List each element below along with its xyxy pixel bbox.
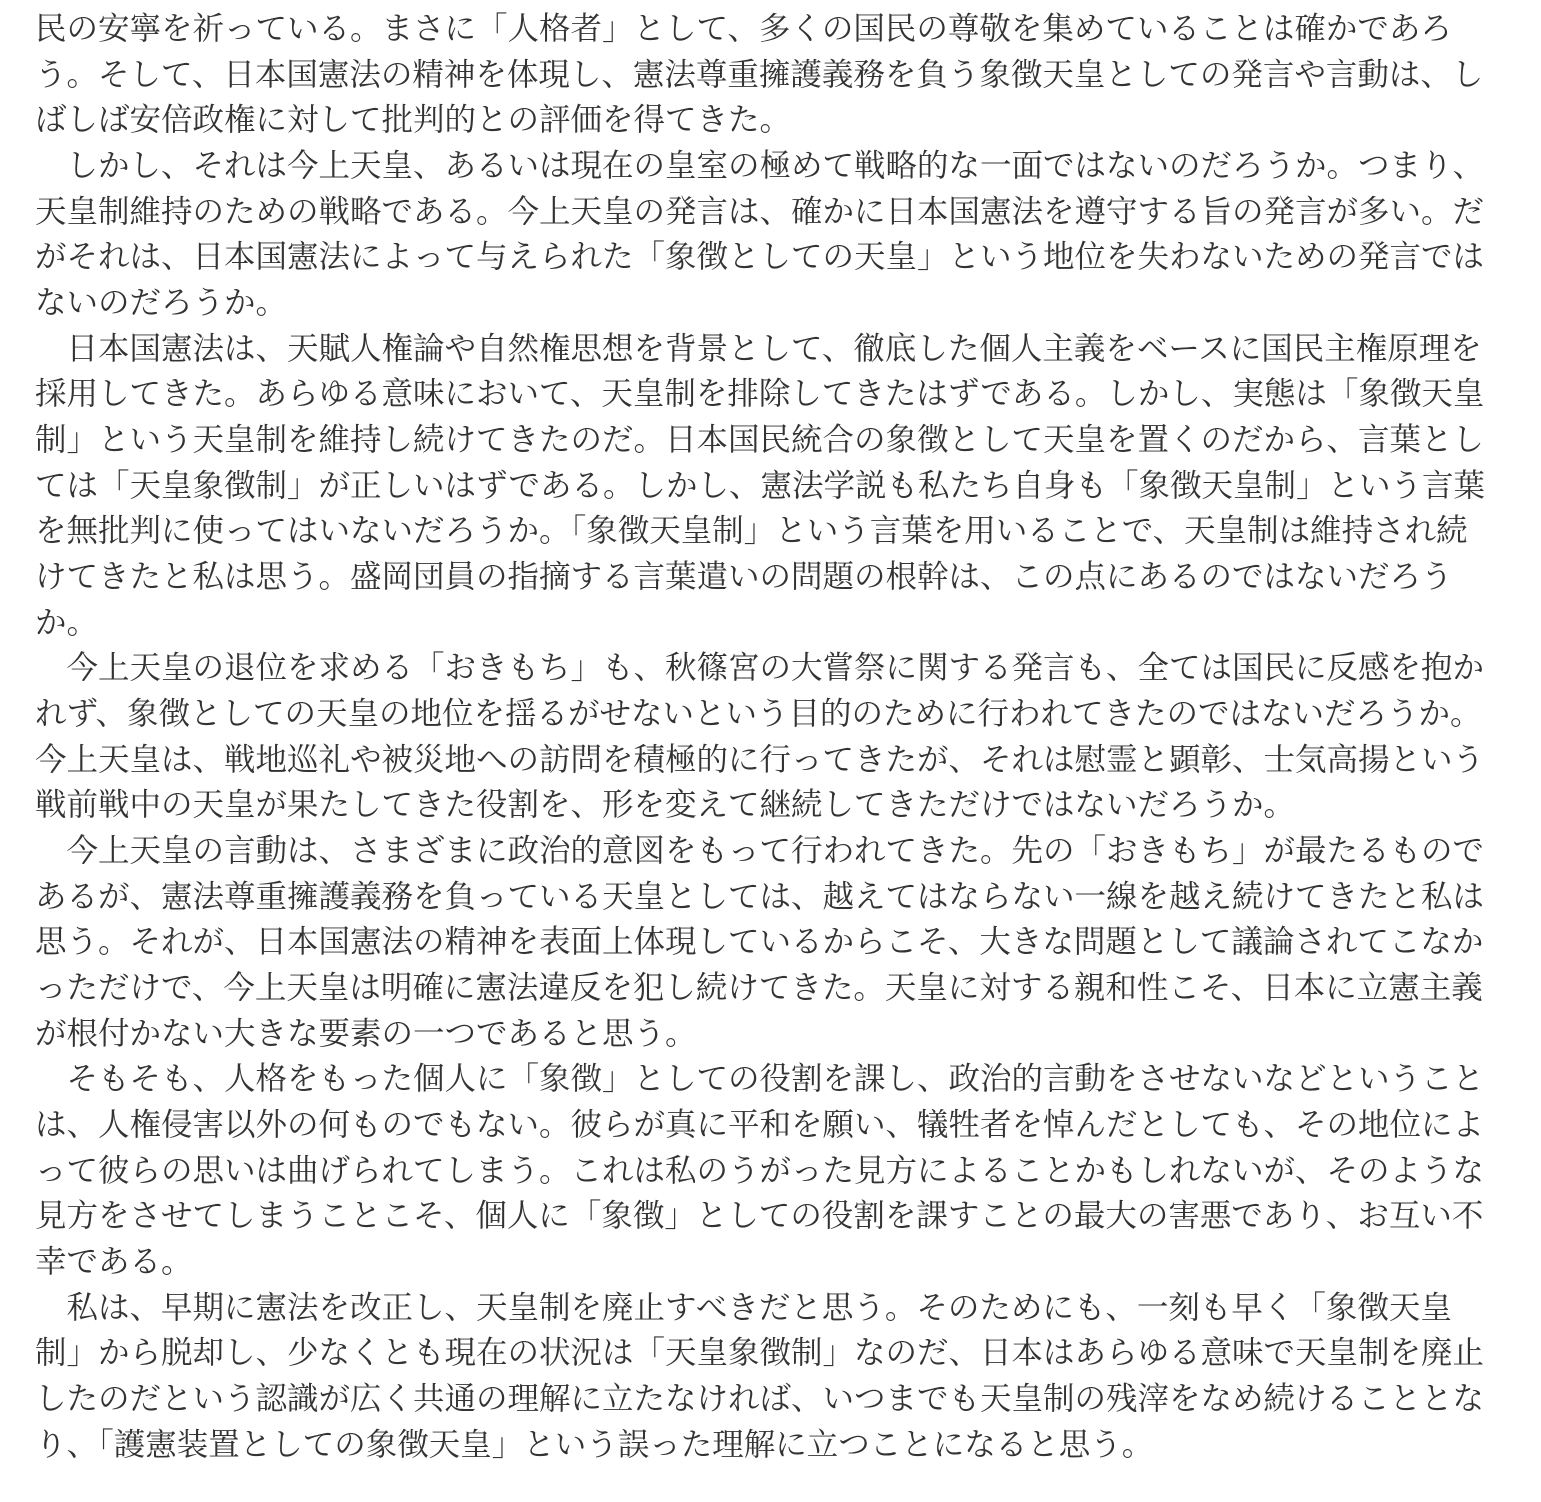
paragraph: 私は、早期に憲法を改正し、天皇制を廃止すべきだと思う。そのためにも、一刻も早く「… bbox=[35, 1286, 1515, 1469]
text-line: 今上天皇の退位を求める「おきもち」も、秋篠宮の大嘗祭に関する発言も、全ては国民に… bbox=[35, 646, 1515, 692]
text-line: 日本国憲法は、天賦人権論や自然権思想を背景として、徹底した個人主義をベースに国民… bbox=[35, 327, 1515, 373]
text-line: っただけで、今上天皇は明確に憲法違反を犯し続けてきた。天皇に対する親和性こそ、日… bbox=[35, 966, 1515, 1012]
text-line: 今上天皇の言動は、さまざまに政治的意図をもって行われてきた。先の「おきもち」が最… bbox=[35, 829, 1515, 875]
text-line: って彼らの思いは曲げられてしまう。これは私のうがった見方によることかもしれないが… bbox=[35, 1149, 1515, 1195]
text-line: 戦前戦中の天皇が果たしてきた役割を、形を変えて継続してきただけではないだろうか。 bbox=[35, 783, 1515, 829]
text-line: ては「天皇象徴制」が正しいはずである。しかし、憲法学説も私たち自身も「象徴天皇制… bbox=[35, 464, 1515, 510]
text-line: あるが、憲法尊重擁護義務を負っている天皇としては、越えてはならない一線を越え続け… bbox=[35, 875, 1515, 921]
text-line: 見方をさせてしまうことこそ、個人に「象徴」としての役割を課すことの最大の害悪であ… bbox=[35, 1194, 1515, 1240]
text-line: れず、象徴としての天皇の地位を揺るがせないという目的のために行われてきたのではな… bbox=[35, 692, 1515, 738]
text-line: 制」という天皇制を維持し続けてきたのだ。日本国民統合の象徴として天皇を置くのだか… bbox=[35, 418, 1515, 464]
text-line: がそれは、日本国憲法によって与えられた「象徴としての天皇」という地位を失わないた… bbox=[35, 235, 1515, 281]
text-line: 制」から脱却し、少なくとも現在の状況は「天皇象徴制」なのだ、日本はあらゆる意味で… bbox=[35, 1331, 1515, 1377]
paragraph: 今上天皇の言動は、さまざまに政治的意図をもって行われてきた。先の「おきもち」が最… bbox=[35, 829, 1515, 1057]
paragraph: 今上天皇の退位を求める「おきもち」も、秋篠宮の大嘗祭に関する発言も、全ては国民に… bbox=[35, 646, 1515, 829]
text-line: り、「護憲装置としての象徴天皇」という誤った理解に立つことになると思う。 bbox=[35, 1423, 1515, 1469]
text-line: 私は、早期に憲法を改正し、天皇制を廃止すべきだと思う。そのためにも、一刻も早く「… bbox=[35, 1286, 1515, 1332]
text-line: を無批判に使ってはいないだろうか。「象徴天皇制」という言葉を用いることで、天皇制… bbox=[35, 509, 1515, 555]
text-line: か。 bbox=[35, 601, 1515, 647]
text-line: 採用してきた。あらゆる意味において、天皇制を排除してきたはずである。しかし、実態… bbox=[35, 372, 1515, 418]
text-line: ないのだろうか。 bbox=[35, 281, 1515, 327]
text-line: 思う。それが、日本国憲法の精神を表面上体現しているからこそ、大きな問題として議論… bbox=[35, 920, 1515, 966]
text-line: したのだという認識が広く共通の理解に立たなければ、いつまでも天皇制の残滓をなめ続… bbox=[35, 1377, 1515, 1423]
text-line: そもそも、人格をもった個人に「象徴」としての役割を課し、政治的言動をさせないなど… bbox=[35, 1057, 1515, 1103]
text-line: は、人権侵害以外の何ものでもない。彼らが真に平和を願い、犠牲者を悼んだとしても、… bbox=[35, 1103, 1515, 1149]
paragraph: 民の安寧を祈っている。まさに「人格者」として、多くの国民の尊敬を集めていることは… bbox=[35, 7, 1515, 144]
document-body: 民の安寧を祈っている。まさに「人格者」として、多くの国民の尊敬を集めていることは… bbox=[35, 7, 1515, 1469]
text-line: 天皇制維持のための戦略である。今上天皇の発言は、確かに日本国憲法を遵守する旨の発… bbox=[35, 190, 1515, 236]
text-line: しかし、それは今上天皇、あるいは現在の皇室の極めて戦略的な一面ではないのだろうか… bbox=[35, 144, 1515, 190]
paragraph: 日本国憲法は、天賦人権論や自然権思想を背景として、徹底した個人主義をベースに国民… bbox=[35, 327, 1515, 647]
paragraph: そもそも、人格をもった個人に「象徴」としての役割を課し、政治的言動をさせないなど… bbox=[35, 1057, 1515, 1285]
text-line: が根付かない大きな要素の一つであると思う。 bbox=[35, 1012, 1515, 1058]
paragraph: しかし、それは今上天皇、あるいは現在の皇室の極めて戦略的な一面ではないのだろうか… bbox=[35, 144, 1515, 327]
text-line: ばしば安倍政権に対して批判的との評価を得てきた。 bbox=[35, 98, 1515, 144]
text-line: 幸である。 bbox=[35, 1240, 1515, 1286]
text-line: けてきたと私は思う。盛岡団員の指摘する言葉遣いの問題の根幹は、この点にあるのでは… bbox=[35, 555, 1515, 601]
text-line: 今上天皇は、戦地巡礼や被災地への訪問を積極的に行ってきたが、それは慰霊と顕彰、士… bbox=[35, 738, 1515, 784]
text-line: 民の安寧を祈っている。まさに「人格者」として、多くの国民の尊敬を集めていることは… bbox=[35, 7, 1515, 53]
text-line: う。そして、日本国憲法の精神を体現し、憲法尊重擁護義務を負う象徴天皇としての発言… bbox=[35, 53, 1515, 99]
